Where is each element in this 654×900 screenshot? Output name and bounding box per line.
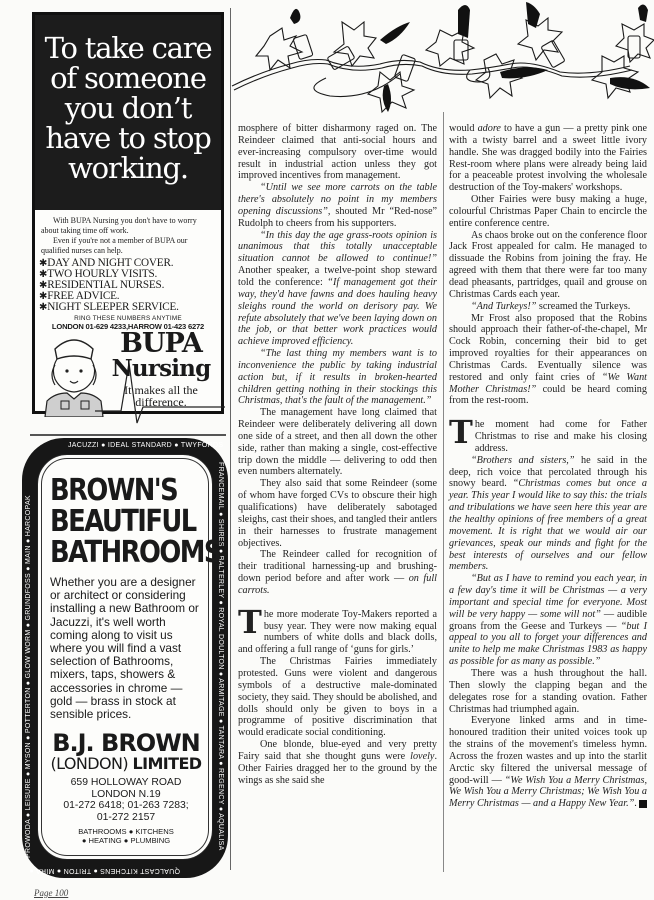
article-paragraph: Other Fairies were busy making a huge, c… [449,194,647,230]
article-paragraph: Everyone linked arms and in time-honoure… [449,715,647,810]
ring-text-top: JACUZZI ● IDEAL STANDARD ● TWYFORDS [68,442,223,449]
page-number: Page 100 [34,888,68,898]
bupa-logo: BUPA Nursing It makes all the difference… [107,331,215,408]
christmas-lights-garland-icon [230,0,654,116]
advert-panel: BROWN'S BEAUTIFUL BATHROOMS Whether you … [37,454,213,860]
article-paragraph: would adore to have a gun — a pretty pin… [449,123,647,194]
article-paragraph: The Reindeer called for recognition of t… [238,549,437,596]
article-paragraph: The more moderate Toy-Makers reported a … [238,609,437,656]
bupa-tagline: It makes all the difference. [107,381,215,408]
advert-body: Whether you are a designer or architect … [50,568,202,721]
drop-cap: T [238,610,264,635]
company-services: BATHROOMS ● KITCHENS ● HEATING ● PLUMBIN… [50,824,202,846]
browns-bathrooms-advert: JACUZZI ● IDEAL STANDARD ● TWYFORDS FRAN… [22,438,228,878]
article-paragraph: One blonde, blue-eyed and very pretty Fa… [238,739,437,786]
article-paragraph: The management have long claimed that Re… [238,407,437,478]
article-paragraph: The moment had come for Father Christmas… [449,419,647,455]
ring-text-right: FRANCEMAIL ● SHIRES ● BALTERLEY ● ROYAL … [217,462,224,851]
article-paragraph: “The last thing my members want is to in… [238,348,437,407]
company-address: 659 HOLLOWAY ROAD LONDON N.19 01-272 641… [50,773,202,823]
article-column-2: would adore to have a gun — a pretty pin… [449,123,647,810]
bupa-features-list: DAY AND NIGHT COVER. TWO HOURLY VISITS. … [35,256,221,313]
ring-label: RING THESE NUMBERS ANYTIME [35,313,221,322]
bupa-headline: To take care of someone you don’t have t… [35,15,221,210]
bupa-intro: With BUPA Nursing you don't have to worr… [35,210,221,256]
article-paragraph: “Brothers and sisters,” he said in the d… [449,455,647,573]
drop-cap: T [449,420,475,445]
article-paragraph: “But as I have to remind you each year, … [449,573,647,668]
article-paragraph: There was a hush throughout the hall. Th… [449,668,647,715]
article-paragraph: “In this day the age grass-roots opinion… [238,230,437,348]
article-paragraph: “Until we see more carrots on the table … [238,182,437,229]
column-rule [230,8,231,870]
feature-item: NIGHT SLEEPER SERVICE. [39,302,217,313]
article-paragraph: The Christmas Fairies immediately protes… [238,656,437,739]
bupa-footer: BUPA Nursing It makes all the difference… [35,331,221,421]
ring-text-bottom: QUALCAST KITCHENS ● TRITON ● MIRA ● [29,867,180,874]
column-rule [443,112,444,872]
article-paragraph: “And Turkeys!” screamed the Turkeys. [449,301,647,313]
advert-title: BROWN'S BEAUTIFUL BATHROOMS [50,475,181,568]
article-paragraph: As chaos broke out on the conference flo… [449,230,647,301]
end-of-article-mark-icon [639,800,647,808]
article-paragraph: Mr Frost also proposed that the Robins s… [449,313,647,408]
article-column-1: mosphere of bitter disharmony raged on. … [238,123,437,786]
bupa-nursing-advert: To take care of someone you don’t have t… [32,12,224,414]
company-name: B.J. BROWN (LONDON) LIMITED [50,721,202,773]
section-divider [30,434,226,436]
article-paragraph: mosphere of bitter disharmony raged on. … [238,123,437,182]
article-paragraph: They also said that some Reindeer (some … [238,478,437,549]
ring-text-left: PROWODA ● LEISURE ● MYSON ● POTTERTON ● … [25,495,32,858]
